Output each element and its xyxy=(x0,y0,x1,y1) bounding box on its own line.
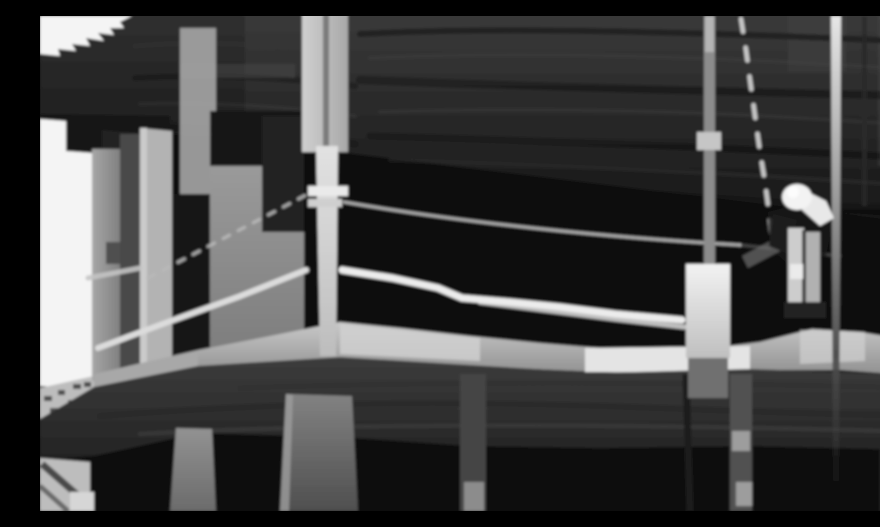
column-stub-below-floor xyxy=(688,358,728,398)
photo-canvas xyxy=(40,16,880,511)
speckle xyxy=(84,382,91,387)
speckle xyxy=(58,390,65,395)
worker-boots-shadow xyxy=(784,302,826,318)
bright-spot xyxy=(70,492,94,511)
prop-coupler xyxy=(697,132,721,150)
shadow-strip xyxy=(120,134,142,380)
worker-leg-right xyxy=(806,232,820,302)
pole-band-spot xyxy=(736,482,752,506)
column-lit-edge xyxy=(140,128,147,381)
pole-coupler xyxy=(308,186,348,196)
helmet-glint xyxy=(787,186,799,198)
column-blotch xyxy=(106,242,120,264)
speckle xyxy=(73,384,81,389)
lower-column-glow xyxy=(464,482,484,511)
lower-column xyxy=(170,428,216,511)
prop-pole-top xyxy=(705,16,714,52)
corner-column-seam xyxy=(323,16,329,146)
construction-photo xyxy=(40,16,880,511)
pole-coupler xyxy=(308,199,342,207)
faint-pole-right xyxy=(862,16,867,206)
speckle xyxy=(44,396,52,401)
column-stub xyxy=(686,264,730,358)
pole-band-spot xyxy=(732,431,750,451)
worker-knee-glint xyxy=(790,264,803,279)
sky-left-band xyxy=(40,119,94,388)
eave-block xyxy=(66,124,102,152)
